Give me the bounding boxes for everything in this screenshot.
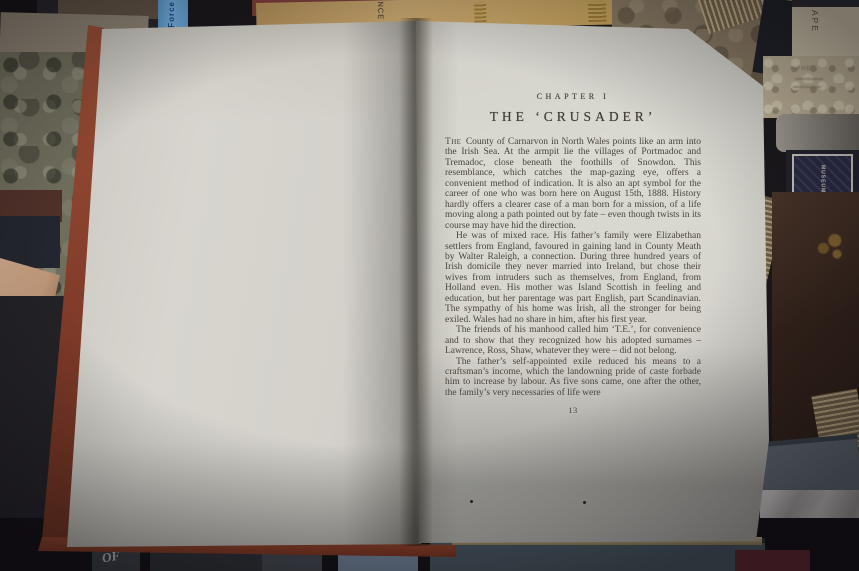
book-spine-cream: APE	[792, 0, 859, 64]
dark-red-book-bottom-right	[735, 550, 810, 571]
book-spine-metallic	[776, 114, 859, 152]
paragraph-3: The friends of his manhood called him ‘T…	[445, 325, 701, 356]
chapter-heading: CHAPTER I	[445, 92, 701, 101]
page-text-column: CHAPTER I THE ‘CRUSADER’ The County of C…	[445, 92, 701, 415]
page-number: 13	[445, 405, 701, 415]
paragraph-text: The father’s self-appointed exile reduce…	[445, 357, 701, 398]
paragraph-text: The friends of his manhood called him ‘T…	[445, 325, 701, 356]
gilt-lettering-mark	[588, 2, 606, 22]
faded-text-line	[793, 86, 821, 88]
paragraph-lead: The	[445, 137, 465, 147]
page-speck	[583, 501, 586, 504]
faded-text-line	[795, 78, 823, 80]
paragraph-text: He was of mixed race. His father’s famil…	[445, 231, 701, 325]
open-book-right-page: CHAPTER I THE ‘CRUSADER’ The County of C…	[416, 18, 772, 548]
museum-label-text: MUSEUM	[820, 165, 826, 193]
photo-open-book-scene: Force NCE APE THE MUSEUM OF	[0, 0, 859, 571]
gold-emblem	[812, 226, 850, 262]
paragraph-4: The father’s self-appointed exile reduce…	[445, 357, 701, 399]
tan-spine-title: NCE	[376, 1, 385, 20]
book-gutter-shadow	[399, 18, 433, 546]
blue-spine-title: Force	[167, 1, 176, 28]
open-book-left-page-blank	[62, 18, 422, 550]
background-navy-strip-left	[0, 216, 60, 268]
page-speck	[470, 500, 473, 503]
paragraph-2: He was of mixed race. His father’s famil…	[445, 231, 701, 325]
paragraph-text: County of Carnarvon in North Wales point…	[445, 137, 701, 231]
paragraph-1: The County of Carnarvon in North Wales p…	[445, 137, 701, 231]
worn-spine-title: THE	[797, 66, 811, 72]
chapter-title: THE ‘CRUSADER’	[445, 109, 701, 125]
cream-spine-title: APE	[810, 10, 820, 33]
book-spine-worn: THE	[763, 56, 859, 118]
gilt-lettering-mark	[474, 2, 486, 22]
